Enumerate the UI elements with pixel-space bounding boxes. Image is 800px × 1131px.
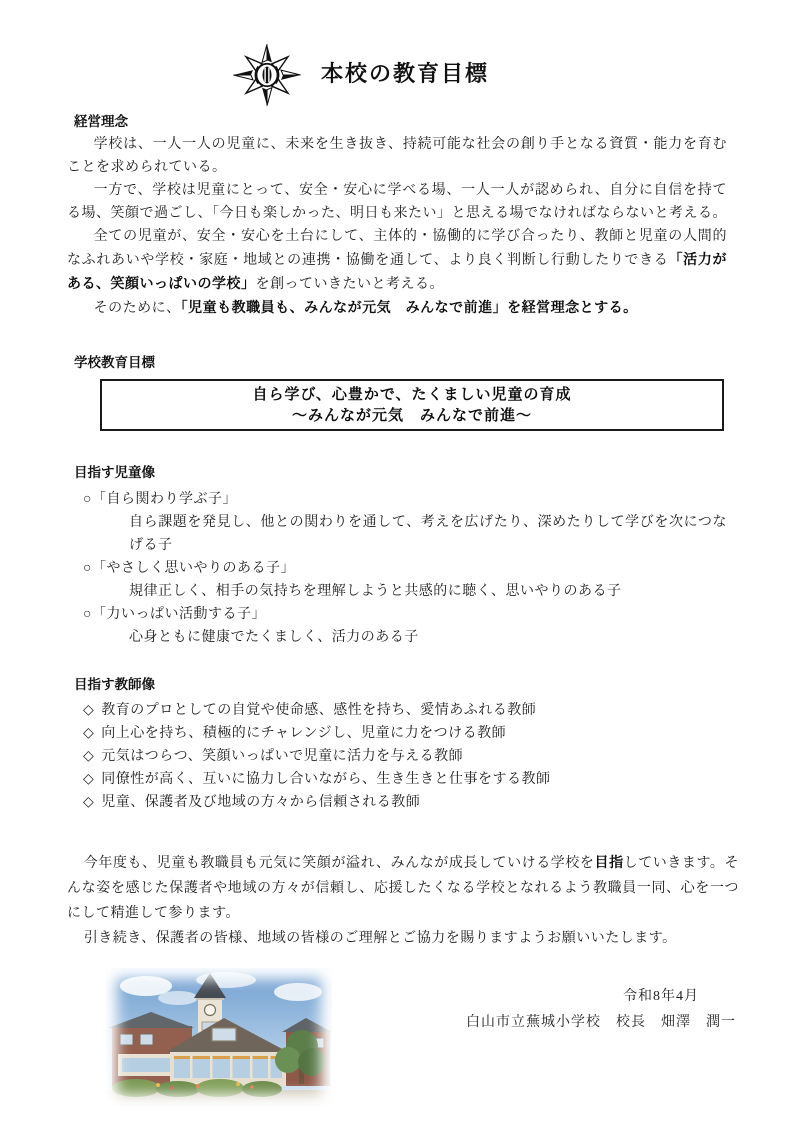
document-header: 本校の教育目標: [67, 44, 727, 106]
footer-date: 令和8年4月: [623, 985, 699, 1005]
diamond-bullet-icon: ◇: [83, 726, 94, 741]
list-item: ◇児童、保護者及び地域の方々から信頼される教師: [67, 791, 727, 814]
ideal-children-list: ○「自ら関わり学ぶ子」 自ら課題を発見し、他との関わりを通して、考えを広げたり、…: [67, 488, 727, 649]
management-paragraph-3: 全ての児童が、安全・安心を土台にして、主体的・協働的に学び合ったり、教師と児童の…: [67, 225, 727, 296]
heading-management-philosophy: 経営理念: [67, 112, 727, 131]
school-crest-icon: [232, 44, 302, 106]
list-item: ◇同僚性が高く、互いに協力し合いながら、生き生きと仕事をする教師: [67, 768, 727, 791]
photo-vignette: [106, 968, 332, 1106]
management-paragraph-2: 一方で、学校は児童にとって、安全・安心に学べる場、一人一人が認められ、自分に自信…: [67, 179, 727, 225]
closing-paragraph-2: 引き続き、保護者の皆様、地域の皆様のご理解とご協力を賜りますようお願いいたします…: [67, 926, 739, 951]
list-item: ○「力いっぱい活動する子」: [67, 603, 727, 626]
diamond-bullet-icon: ◇: [83, 703, 94, 718]
list-item-desc: 心身ともに健康でたくましく、活力のある子: [67, 626, 727, 649]
list-item-desc: 規律正しく、相手の気持ちを理解しようと共感的に聴く、思いやりのある子: [67, 580, 727, 603]
heading-school-goal: 学校教育目標: [67, 353, 727, 372]
list-item: ◇教育のプロとしての自覚や使命感、感性を持ち、愛情あふれる教師: [67, 699, 727, 722]
goal-slogan-line1: 自ら学び、心豊かで、たくましい児童の育成: [102, 384, 722, 405]
heading-ideal-children: 目指す児童像: [67, 463, 727, 482]
ideal-teachers-list: ◇教育のプロとしての自覚や使命感、感性を持ち、愛情あふれる教師 ◇向上心を持ち、…: [67, 699, 727, 814]
heading-ideal-teachers: 目指す教師像: [67, 675, 727, 694]
list-item: ◇元気はつらつ、笑顔いっぱいで児童に活力を与える教師: [67, 745, 727, 768]
document-content: 本校の教育目標 経営理念 学校は、一人一人の児童に、未来を生き抜き、持続可能な社…: [67, 0, 727, 951]
diamond-bullet-icon: ◇: [83, 795, 94, 810]
document-page: 本校の教育目標 経営理念 学校は、一人一人の児童に、未来を生き抜き、持続可能な社…: [0, 0, 800, 1131]
list-item: ◇向上心を持ち、積極的にチャレンジし、児童に力をつける教師: [67, 722, 727, 745]
footer-signature: 白山市立蕪城小学校 校長 畑澤 潤一: [466, 1011, 736, 1031]
bold-management-motto: 「児童も教職員も、みんなが元気 みんなで前進」を経営理念とする。: [181, 299, 638, 315]
closing-paragraph-1: 今年度も、児童も教職員も元気に笑顔が溢れ、みんなが成長していける学校を目指してい…: [67, 850, 739, 926]
list-item-desc: 自ら課題を発見し、他との関わりを通して、考えを広げたり、深めたりして学びを次につ…: [67, 511, 727, 557]
bold-aim: 目指: [595, 854, 624, 870]
goal-slogan-line2: ～みんなが元気 みんなで前進～: [102, 405, 722, 426]
page-title: 本校の教育目標: [321, 57, 489, 88]
list-item: ○「やさしく思いやりのある子」: [67, 557, 727, 580]
management-paragraphs: 学校は、一人一人の児童に、未来を生き抜き、持続可能な社会の創り手となる資質・能力…: [67, 133, 727, 320]
diamond-bullet-icon: ◇: [83, 772, 94, 787]
diamond-bullet-icon: ◇: [83, 749, 94, 764]
list-item: ○「自ら関わり学ぶ子」: [67, 488, 727, 511]
school-photo: [106, 968, 332, 1106]
management-paragraph-1: 学校は、一人一人の児童に、未来を生き抜き、持続可能な社会の創り手となる資質・能力…: [67, 133, 727, 179]
school-goal-box: 自ら学び、心豊かで、たくましい児童の育成 ～みんなが元気 みんなで前進～: [100, 379, 724, 431]
management-paragraph-4: そのために、「児童も教職員も、みんなが元気 みんなで前進」を経営理念とする。: [67, 296, 727, 320]
closing-paragraphs: 今年度も、児童も教職員も元気に笑顔が溢れ、みんなが成長していける学校を目指してい…: [67, 850, 739, 951]
